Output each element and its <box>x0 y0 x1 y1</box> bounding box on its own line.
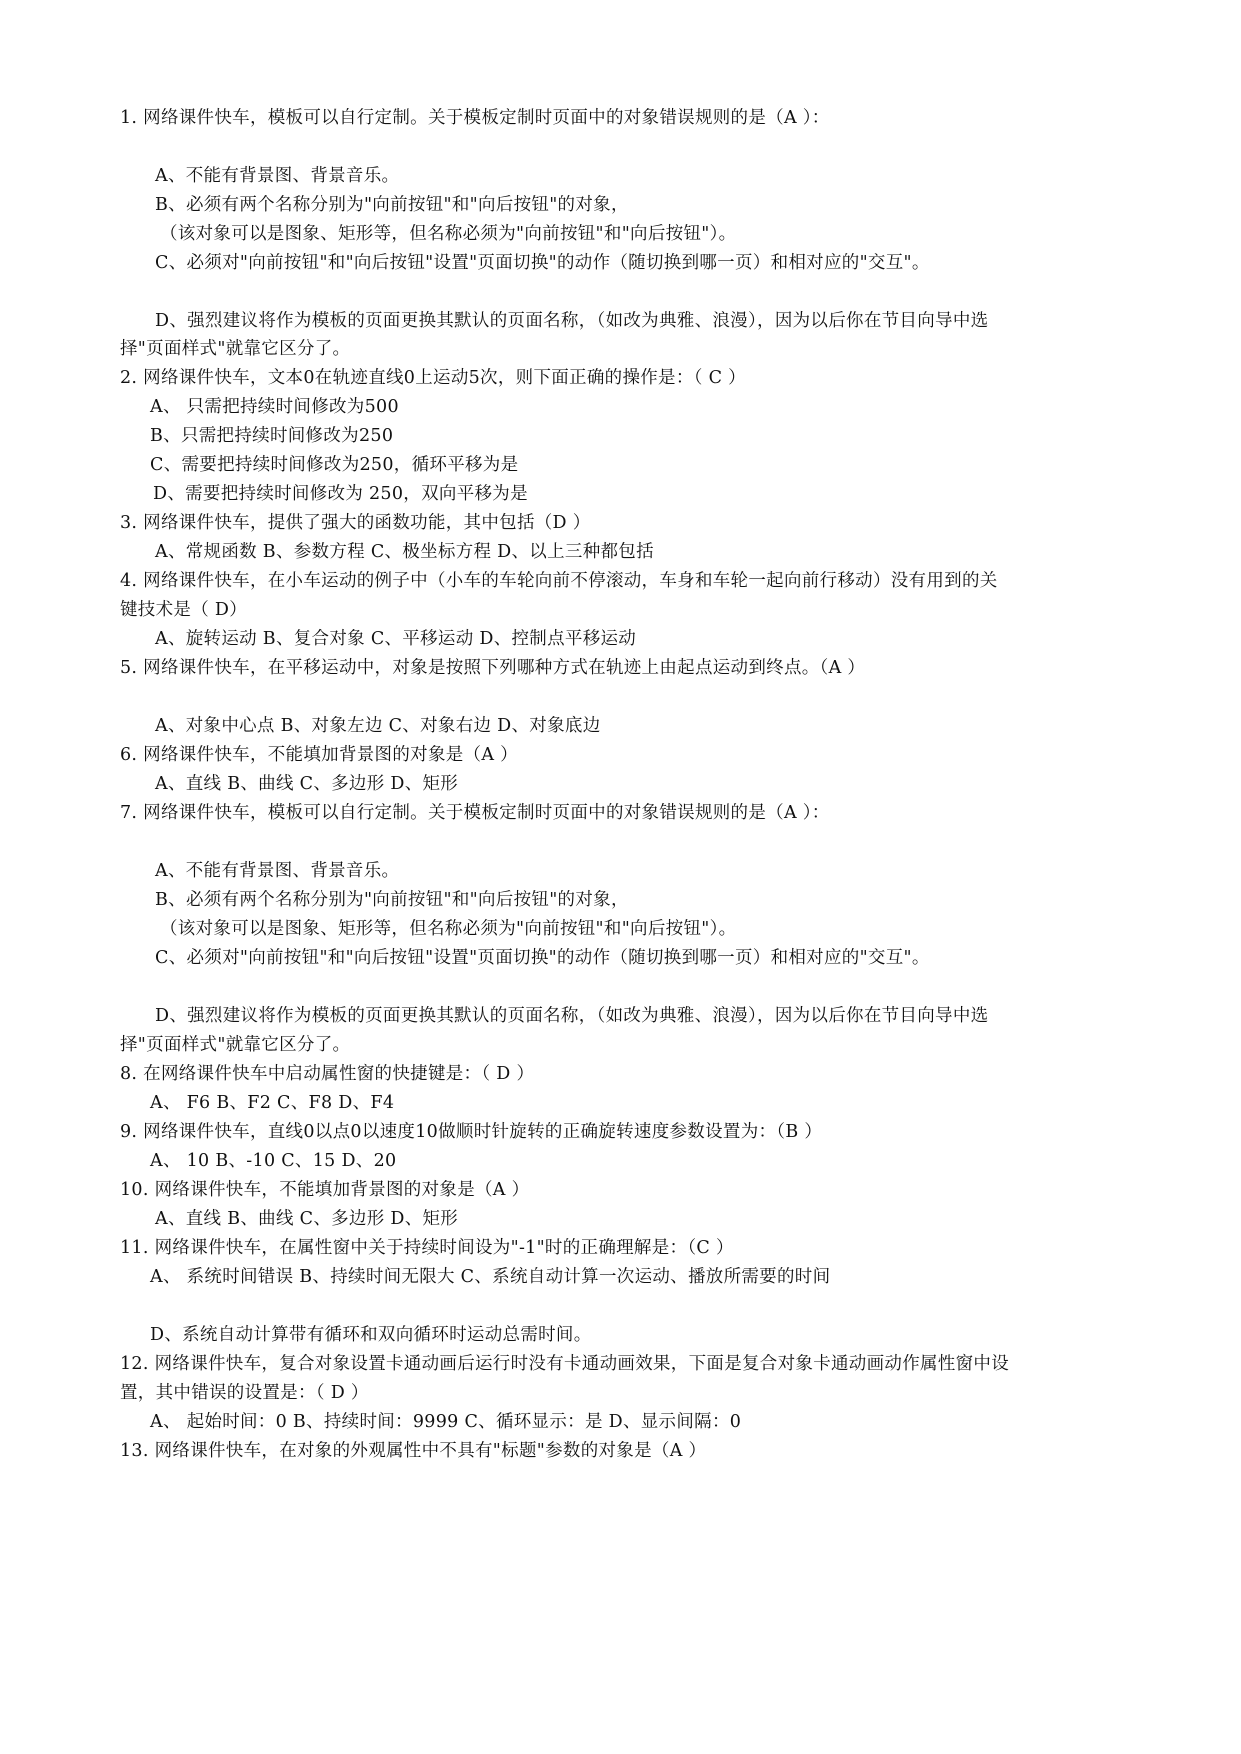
text-line: （该对象可以是图象、矩形等，但名称必须为"向前按钮"和"向后按钮"）。 <box>160 918 736 940</box>
text-line: 11. 网络课件快车，在属性窗中关于持续时间设为"-1"时的正确理解是：（C ） <box>120 1237 734 1259</box>
text-line: 1. 网络课件快车，模板可以自行定制。关于模板定制时页面中的对象错误规则的是（A… <box>120 107 830 129</box>
text-line: 择"页面样式"就靠它区分了。 <box>120 338 350 360</box>
text-line: A、 起始时间：0 B、持续时间：9999 C、循环显示：是 D、显示间隔：0 <box>150 1411 741 1433</box>
text-line: A、 系统时间错误 B、持续时间无限大 C、系统自动计算一次运动、播放所需要的时… <box>150 1266 830 1288</box>
text-line: （该对象可以是图象、矩形等，但名称必须为"向前按钮"和"向后按钮"）。 <box>160 223 736 245</box>
text-line: C、必须对"向前按钮"和"向后按钮"设置"页面切换"的动作（随切换到哪一页）和相… <box>155 947 930 969</box>
text-line: D、需要把持续时间修改为 250，双向平移为是 <box>153 483 528 505</box>
text-line: A、旋转运动 B、复合对象 C、平移运动 D、控制点平移运动 <box>155 628 636 650</box>
text-line: B、必须有两个名称分别为"向前按钮"和"向后按钮"的对象， <box>155 194 629 216</box>
text-line: C、需要把持续时间修改为250，循环平移为是 <box>150 454 518 476</box>
text-line: A、不能有背景图、背景音乐。 <box>155 860 399 882</box>
text-line: D、系统自动计算带有循环和双向循环时运动总需时间。 <box>150 1324 592 1346</box>
text-line: B、只需把持续时间修改为250 <box>150 425 393 447</box>
text-line: D、强烈建议将作为模板的页面更换其默认的页面名称，（如改为典雅、浪漫），因为以后… <box>155 1005 988 1027</box>
text-line: 5. 网络课件快车，在平移运动中，对象是按照下列哪种方式在轨迹上由起点运动到终点… <box>120 657 865 679</box>
text-line: 2. 网络课件快车，文本0在轨迹直线0上运动5次，则下面正确的操作是：（ C ） <box>120 367 746 389</box>
text-line: 4. 网络课件快车，在小车运动的例子中（小车的车轮向前不停滚动，车身和车轮一起向… <box>120 570 998 592</box>
text-line: B、必须有两个名称分别为"向前按钮"和"向后按钮"的对象， <box>155 889 629 911</box>
text-line: 12. 网络课件快车，复合对象设置卡通动画后运行时没有卡通动画效果，下面是复合对… <box>120 1353 1009 1375</box>
text-line: 6. 网络课件快车，不能填加背景图的对象是（A ） <box>120 744 518 766</box>
text-line: A、对象中心点 B、对象左边 C、对象右边 D、对象底边 <box>155 715 601 737</box>
text-line: 择"页面样式"就靠它区分了。 <box>120 1034 350 1056</box>
text-line: A、直线 B、曲线 C、多边形 D、矩形 <box>155 773 458 795</box>
text-line: A、 10 B、-10 C、15 D、20 <box>150 1150 396 1172</box>
text-line: A、常规函数 B、参数方程 C、极坐标方程 D、以上三种都包括 <box>155 541 654 563</box>
text-line: A、 只需把持续时间修改为500 <box>150 396 399 418</box>
text-line: 7. 网络课件快车，模板可以自行定制。关于模板定制时页面中的对象错误规则的是（A… <box>120 802 830 824</box>
text-line: 10. 网络课件快车，不能填加背景图的对象是（A ） <box>120 1179 529 1201</box>
text-line: 键技术是（ D） <box>120 599 247 621</box>
text-line: A、直线 B、曲线 C、多边形 D、矩形 <box>155 1208 458 1230</box>
text-line: 9. 网络课件快车，直线0以点0以速度10做顺时针旋转的正确旋转速度参数设置为：… <box>120 1121 822 1143</box>
text-line: A、不能有背景图、背景音乐。 <box>155 165 399 187</box>
text-line: 3. 网络课件快车，提供了强大的函数功能，其中包括（D ） <box>120 512 591 534</box>
text-line: 置，其中错误的设置是：（ D ） <box>120 1382 369 1404</box>
text-line: D、强烈建议将作为模板的页面更换其默认的页面名称，（如改为典雅、浪漫），因为以后… <box>155 310 988 332</box>
text-line: 13. 网络课件快车，在对象的外观属性中不具有"标题"参数的对象是（A ） <box>120 1440 706 1462</box>
text-line: 8. 在网络课件快车中启动属性窗的快捷键是：（ D ） <box>120 1063 534 1085</box>
text-line: A、 F6 B、F2 C、F8 D、F4 <box>150 1092 394 1114</box>
text-line: C、必须对"向前按钮"和"向后按钮"设置"页面切换"的动作（随切换到哪一页）和相… <box>155 252 930 274</box>
